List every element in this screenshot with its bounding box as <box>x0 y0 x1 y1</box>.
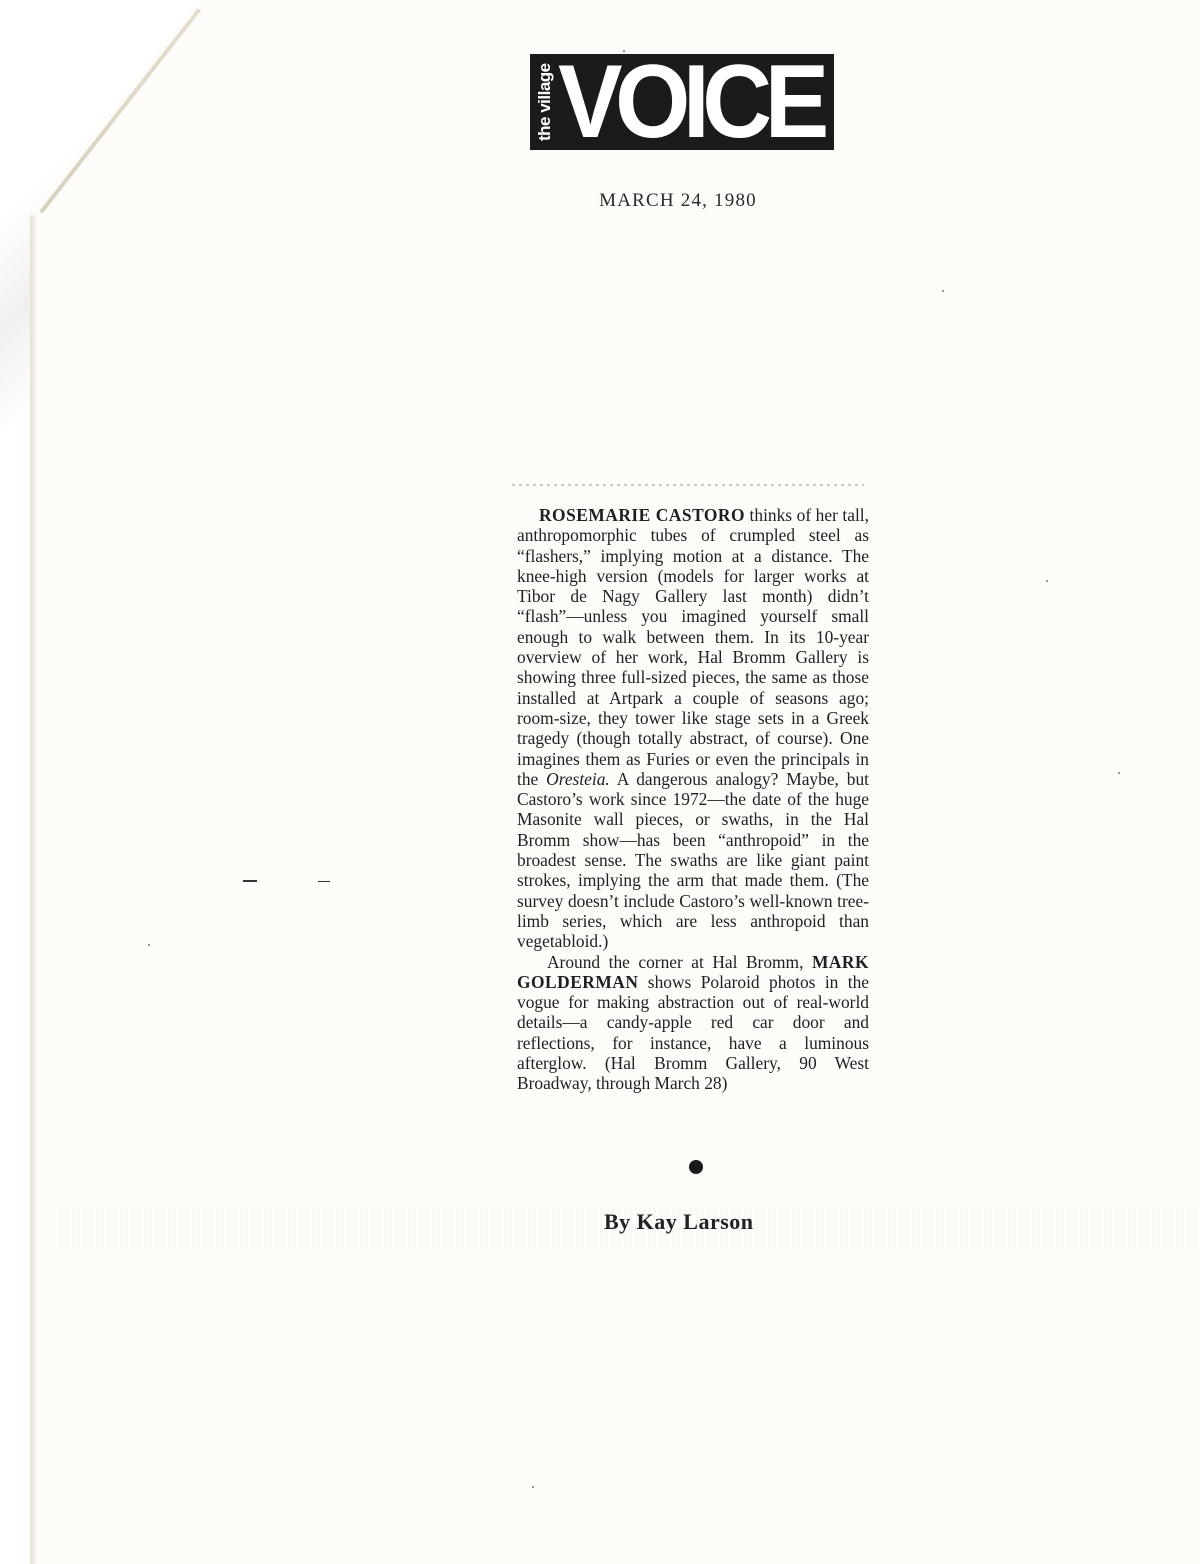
article-paragraph-1: ROSEMARIE CASTORO thinks of her tall, an… <box>517 505 869 952</box>
paragraph-1-text-a: thinks of her tall, anthropomorphic tube… <box>517 505 869 789</box>
artist-name-castoro: ROSEMARIE CASTORO <box>539 505 745 525</box>
clipping-cut-line <box>512 484 864 486</box>
title-oresteia: Oresteia. <box>546 769 610 789</box>
publication-date: MARCH 24, 1980 <box>0 190 1200 212</box>
masthead-voice: VOICE <box>558 57 822 147</box>
scan-speck <box>1118 772 1120 774</box>
scan-speck <box>623 50 625 52</box>
scan-speck <box>1046 580 1048 582</box>
scan-mark <box>243 880 257 882</box>
scan-mark <box>318 881 330 882</box>
article-body: ROSEMARIE CASTORO thinks of her tall, an… <box>517 505 869 1094</box>
byline: By Kay Larson <box>604 1209 754 1235</box>
article-paragraph-2: Around the corner at Hal Bromm, MARK GOL… <box>517 952 869 1094</box>
scan-speck <box>942 290 944 292</box>
masthead-the-village: the village <box>534 58 556 146</box>
newspaper-masthead: the village VOICE <box>530 54 834 150</box>
scan-speck <box>532 1486 534 1488</box>
end-of-article-bullet <box>689 1160 703 1174</box>
scan-speck <box>148 944 150 946</box>
paragraph-1-text-b: A dangerous analogy? Maybe, but Castoro’… <box>517 769 869 951</box>
paper-left-edge <box>30 0 36 1564</box>
paragraph-2-text-a: Around the corner at Hal Bromm, <box>547 952 812 972</box>
